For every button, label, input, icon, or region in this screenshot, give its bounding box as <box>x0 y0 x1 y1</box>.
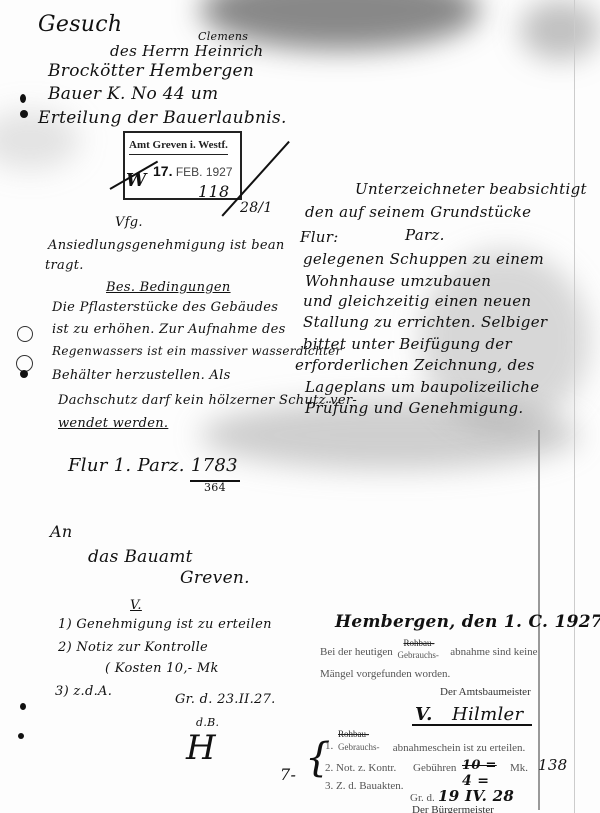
list-item1-struck: Rohbau- <box>338 729 369 739</box>
printed-line1-struck: Rohbau- <box>403 638 434 648</box>
left-cond2: ist zu erhöhen. Zur Aufnahme des <box>52 322 286 337</box>
margin-mark-1 <box>20 94 26 103</box>
right-line5: Wohnhause umzubauen <box>305 272 491 290</box>
right-line7: Stallung zu errichten. Selbiger <box>303 313 547 331</box>
fees-unit: Mk. <box>510 762 528 774</box>
stamp-annotation: 28/1 <box>240 200 273 216</box>
left-subheading: Bes. Bedingungen <box>106 280 231 295</box>
stamp-date-rest: FEB. 1927 <box>176 165 233 179</box>
instruction-signature: H <box>186 728 216 768</box>
instruction-date: Gr. d. 23.II.27. <box>175 692 276 707</box>
binder-hole-top <box>17 326 33 342</box>
right-line11: Prüfung und Genehmigung. <box>305 399 523 417</box>
right-line4: gelegenen Schuppen zu einem <box>303 250 544 268</box>
list-item1-rest: abnahmeschein ist zu erteilen. <box>393 742 526 754</box>
right-line3-flur: Flur: <box>300 228 339 246</box>
header-line1: des Herrn Heinrich <box>110 42 264 60</box>
header-line4: Erteilung der Bauerlaubnis. <box>38 108 287 128</box>
address-line2: Greven. <box>180 568 250 588</box>
printed-line1-a: Bei der heutigen <box>320 646 393 658</box>
official-signature-line <box>412 724 532 726</box>
fees-ref: 138 <box>538 756 568 774</box>
stamp-date-day: 17. <box>153 163 172 179</box>
right-line6: und gleichzeitig einen neuen <box>303 292 531 310</box>
left-cond1: Die Pflasterstücke des Gebäudes <box>52 300 278 315</box>
left-cond4: Behälter herzustellen. Als <box>52 368 231 383</box>
left-line2: tragt. <box>45 258 84 273</box>
address-to: An <box>50 522 72 541</box>
binder-clip <box>20 370 28 378</box>
printed-line2: Mängel vorgefunden worden. <box>320 668 450 680</box>
gr-date: 19 IV. 28 <box>438 787 514 805</box>
official-signature-initial: V. <box>415 704 433 725</box>
header-line2: Brockötter Hembergen <box>48 61 254 81</box>
printed-line1-alt: Gebrauchs- <box>397 650 438 660</box>
printed-line1-b: abnahme sind keine <box>450 646 537 658</box>
scanned-document-page: Gesuch Clemens des Herrn Heinrich Brockö… <box>0 0 600 813</box>
instructions-roman: V. <box>130 598 142 613</box>
right-line1: Unterzeichneter beabsichtigt <box>355 180 587 198</box>
right-line8: bittet unter Beifügung der <box>303 335 512 353</box>
right-line2: den auf seinem Grundstücke <box>305 203 531 221</box>
margin-mark-4 <box>18 733 24 739</box>
flur-denominator: 364 <box>204 481 226 494</box>
place-date: Hembergen, den 1. C. 1927. <box>335 612 600 632</box>
official-title: Der Amtsbaumeister <box>440 686 531 698</box>
flur-reference: Flur 1. Parz. 1783 <box>68 455 238 476</box>
header-line1-text: des Herrn Heinrich <box>110 42 264 60</box>
left-ref: Vfg. <box>115 215 143 230</box>
left-cond6: wendet werden. <box>58 416 168 431</box>
fees-struck: 10 = <box>462 758 497 773</box>
fees-label: Gebühren <box>413 762 456 774</box>
instruction-item3: 3) z.d.A. <box>55 684 112 699</box>
scan-smudge-top-right <box>520 0 600 60</box>
official-signature: Hilmler <box>452 704 523 725</box>
right-line3-parz: Parz. <box>405 226 445 244</box>
right-line9: erforderlichen Zeichnung, des <box>295 356 535 374</box>
address-line1: das Bauamt <box>88 547 193 567</box>
list-item2: 2. Not. z. Kontr. <box>325 762 396 774</box>
stamp-office: Amt Greven i. Westf. <box>129 139 228 151</box>
gr-label: Gr. d. <box>410 792 435 804</box>
list-item1: Rohbau- Gebrauchs- abnahmeschein ist zu … <box>338 733 525 748</box>
header-title: Gesuch <box>38 12 122 37</box>
margin-mark-3 <box>20 703 26 710</box>
instruction-item2b: ( Kosten 10,- Mk <box>105 661 219 676</box>
footer-signature-title: Der Bürgermeister <box>412 804 494 813</box>
instruction-item1: 1) Genehmigung ist zu erteilen <box>58 617 272 632</box>
printed-line1: Bei der heutigen Rohbau- Gebrauchs- abna… <box>320 645 538 658</box>
stamp-number: 118 <box>198 182 229 201</box>
right-line10: Lageplans um baupolizeiliche <box>305 378 539 396</box>
list-item3: 3. Z. d. Bauakten. <box>325 780 404 792</box>
list-item1-num: 1. <box>325 740 333 752</box>
stamp-date: 17. FEB. 1927 <box>153 163 233 179</box>
instruction-item2: 2) Notiz zur Kontrolle <box>58 640 208 655</box>
right-edge-line <box>574 0 575 813</box>
margin-mark-7: 7- <box>280 765 296 784</box>
left-line1: Ansiedlungsgenehmigung ist bean <box>48 238 285 253</box>
list-item1-alt: Gebrauchs- <box>338 742 379 752</box>
margin-mark-2 <box>20 110 28 118</box>
header-line3: Bauer K. No 44 um <box>48 84 218 104</box>
